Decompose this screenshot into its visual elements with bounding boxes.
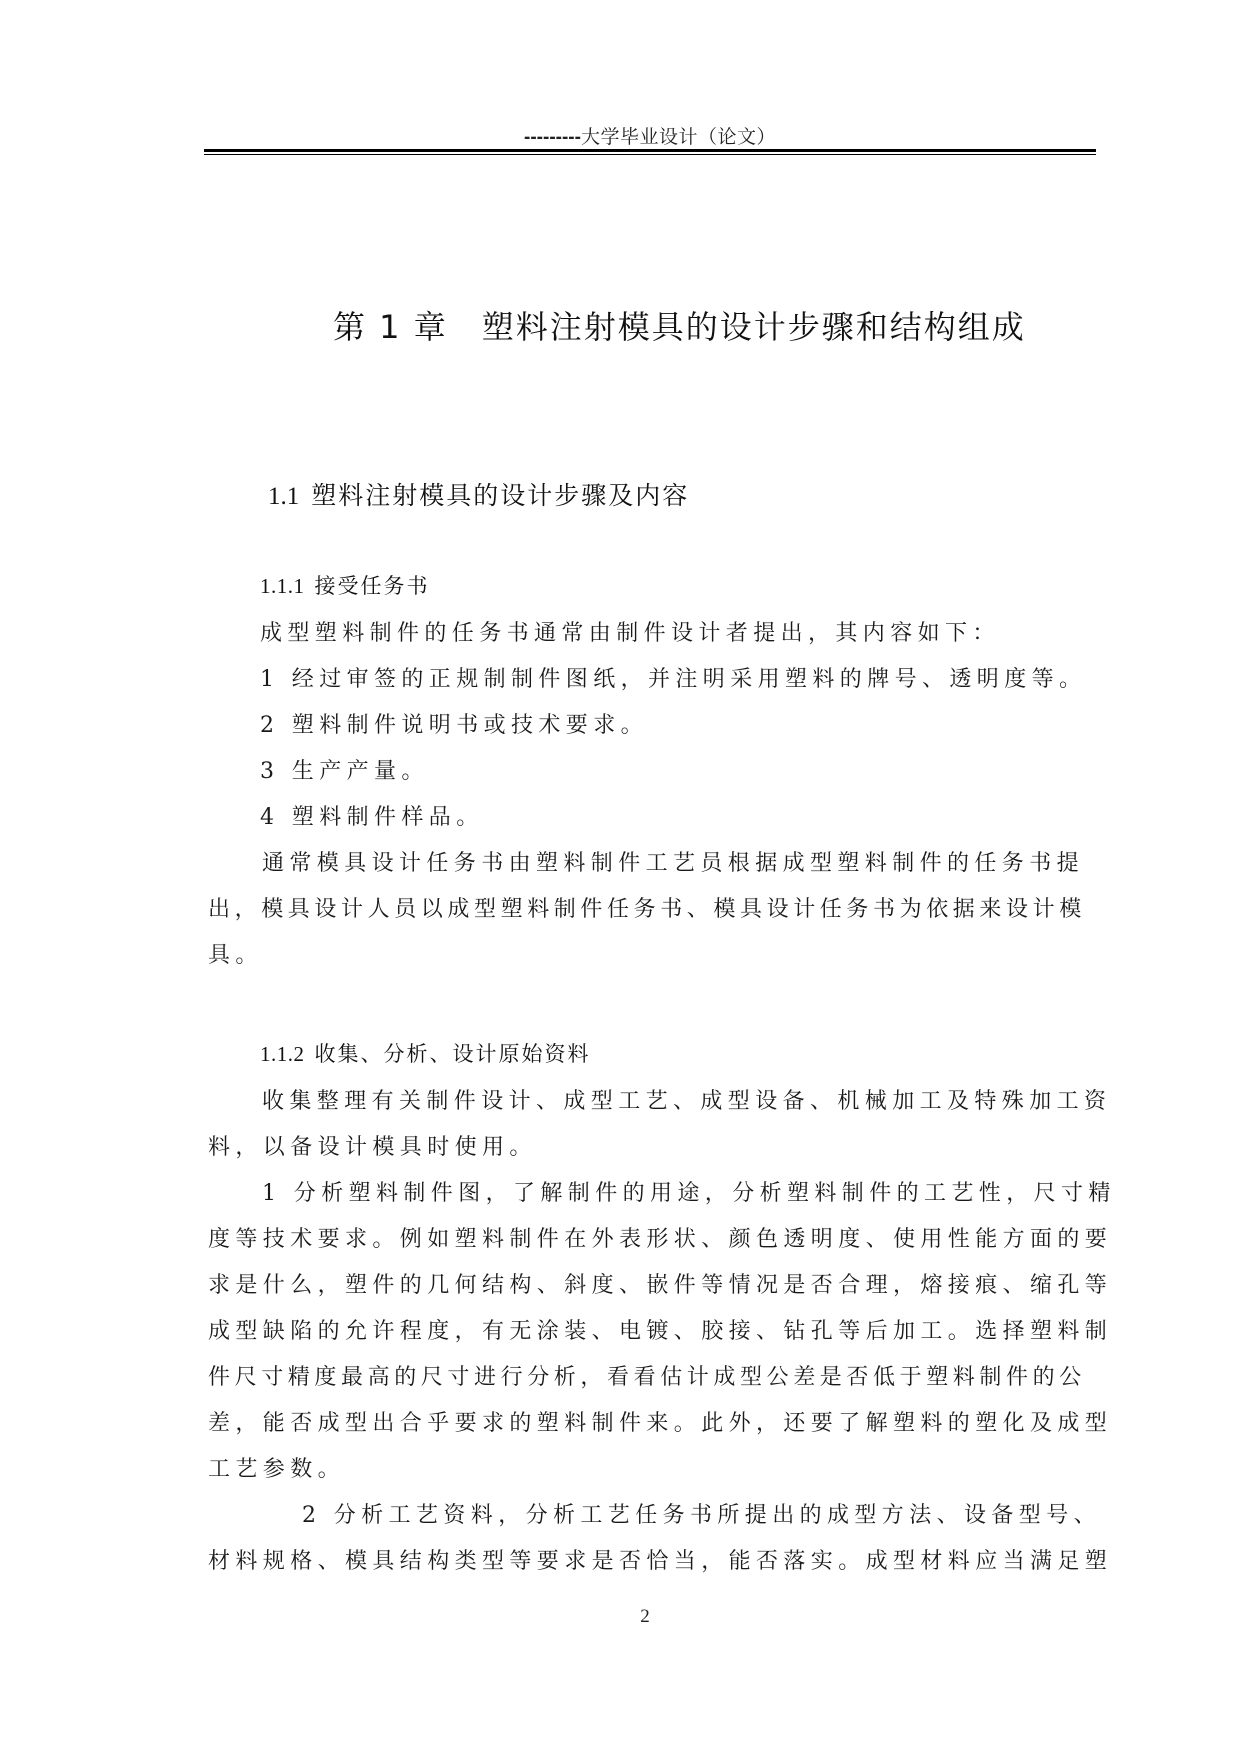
paragraph-line: 具。: [208, 938, 263, 969]
running-header: ---------大学毕业设计（论文）: [0, 122, 1241, 149]
paragraph-line: 收集整理有关制件设计、成型工艺、成型设备、机械加工及特殊加工资: [262, 1084, 1111, 1115]
paragraph-line: 工艺参数。: [208, 1452, 345, 1483]
subsection-title-text: 接受任务书: [315, 574, 430, 598]
header-rule-thick: [204, 149, 1096, 152]
list-item: 1 经过审签的正规制制件图纸，并注明采用塑料的牌号、透明度等。: [260, 662, 1086, 693]
subsection-title-1-1-1: 1.1.1接受任务书: [260, 570, 430, 600]
paragraph-line: 通常模具设计任务书由塑料制件工艺员根据成型塑料制件的任务书提: [262, 846, 1084, 877]
paragraph-line: 度等技术要求。例如塑料制件在外表形状、颜色透明度、使用性能方面的要: [208, 1222, 1112, 1253]
chapter-title-text: 塑料注射模具的设计步骤和结构组成: [482, 308, 1026, 346]
paragraph-line: 求是什么，塑件的几何结构、斜度、嵌件等情况是否合理，熔接痕、缩孔等: [208, 1268, 1112, 1299]
subsection-number: 1.1.1: [260, 574, 305, 598]
chapter-title: 第 1 章塑料注射模具的设计步骤和结构组成: [333, 302, 1026, 348]
section-title-text: 塑料注射模具的设计步骤及内容: [311, 481, 689, 510]
header-dashes: ---------: [524, 127, 581, 148]
subsection-title-1-1-2: 1.1.2收集、分析、设计原始资料: [260, 1038, 591, 1068]
paragraph-line: 成型塑料制件的任务书通常由制件设计者提出，其内容如下：: [260, 616, 1000, 647]
paragraph-line: 差，能否成型出合乎要求的塑料制件来。此外，还要了解塑料的塑化及成型: [208, 1406, 1112, 1437]
paragraph-line: 料，以备设计模具时使用。: [208, 1130, 537, 1161]
page-number: 2: [0, 1606, 1241, 1628]
list-item: 3 生产产量。: [260, 754, 429, 785]
list-item: 4 塑料制件样品。: [260, 800, 484, 831]
paragraph-line: 2 分析工艺资料，分析工艺任务书所提出的成型方法、设备型号、: [302, 1498, 1101, 1529]
paragraph-line: 件尺寸精度最高的尺寸进行分析，看看估计成型公差是否低于塑料制件的公: [208, 1360, 1086, 1391]
header-rule-thin: [204, 154, 1096, 155]
header-title: 大学毕业设计（论文）: [581, 126, 776, 148]
list-item: 2 塑料制件说明书或技术要求。: [260, 708, 648, 739]
subsection-title-text: 收集、分析、设计原始资料: [315, 1042, 591, 1066]
paragraph-line: 材料规格、模具结构类型等要求是否恰当，能否落实。成型材料应当满足塑: [208, 1544, 1112, 1575]
paragraph-line: 成型缺陷的允许程度，有无涂装、电镀、胶接、钻孔等后加工。选择塑料制: [208, 1314, 1112, 1345]
chapter-number: 第 1 章: [333, 308, 448, 346]
section-title: 1.1塑料注射模具的设计步骤及内容: [268, 476, 689, 512]
section-number: 1.1: [268, 483, 299, 510]
paragraph-line: 1 分析塑料制件图，了解制件的用途，分析塑料制件的工艺性，尺寸精: [262, 1176, 1116, 1207]
paragraph-line: 出，模具设计人员以成型塑料制件任务书、模具设计任务书为依据来设计模: [208, 892, 1086, 923]
subsection-number: 1.1.2: [260, 1042, 305, 1066]
